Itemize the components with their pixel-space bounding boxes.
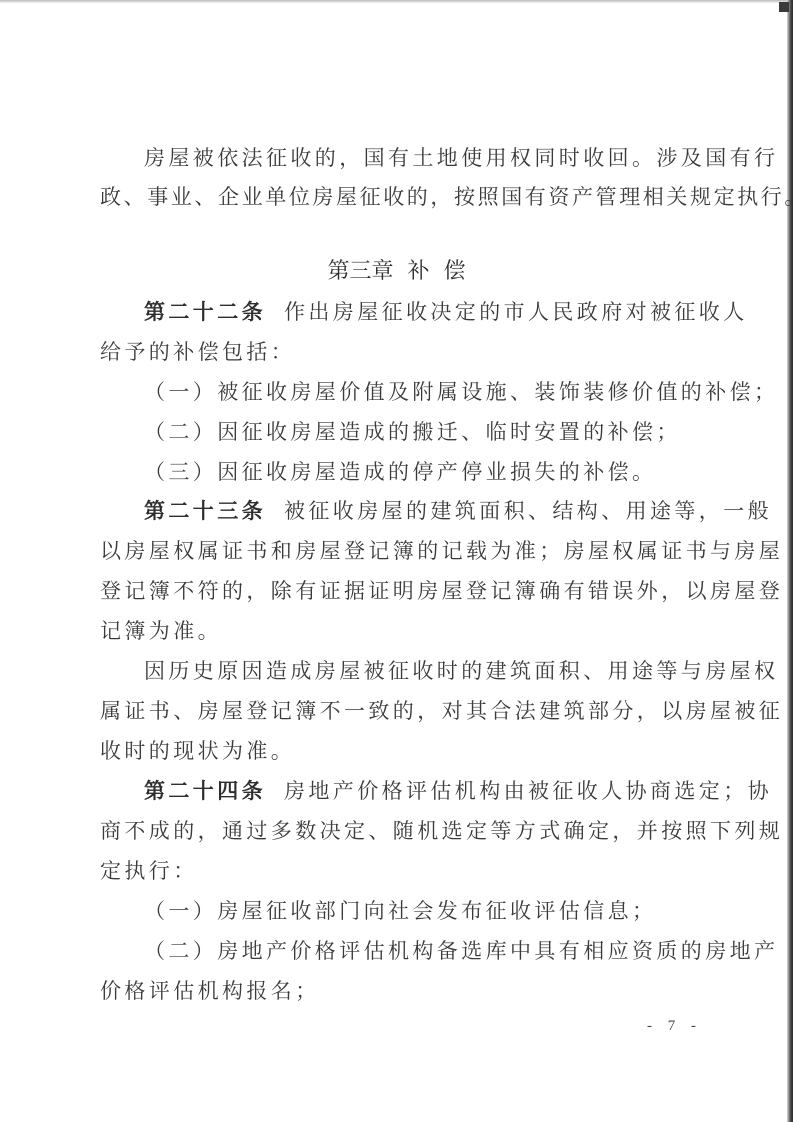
article-22: 第二十二条作出房屋征收决定的市人民政府对被征收人 bbox=[144, 298, 748, 326]
scan-border-top bbox=[0, 0, 793, 3]
article-text: 被征收房屋的建筑面积、结构、用途等，一般 bbox=[284, 499, 772, 523]
list-item: （三）因征收房屋造成的停产停业损失的补偿。 bbox=[144, 458, 656, 486]
paragraph-line: 收时的现状为准。 bbox=[100, 737, 295, 765]
paragraph-line: 商不成的，通过多数决定、随机选定等方式确定，并按照下列规 bbox=[100, 817, 783, 845]
paragraph-line: 属证书、房屋登记簿不一致的，对其合法建筑部分，以房屋被征 bbox=[100, 697, 783, 725]
article-label: 第二十二条 bbox=[144, 299, 266, 324]
paragraph-line: 记簿为准。 bbox=[100, 617, 222, 645]
paragraph-line: 以房屋权属证书和房屋登记簿的记载为准；房屋权属证书与房屋 bbox=[100, 537, 783, 565]
paragraph-line: 房屋被依法征收的，国有土地使用权同时收回。涉及国有行 bbox=[144, 144, 778, 172]
article-label: 第二十四条 bbox=[144, 778, 266, 803]
list-item-continuation: 价格评估机构报名； bbox=[100, 977, 320, 1005]
paragraph-line: 因历史原因造成房屋被征收时的建筑面积、用途等与房屋权 bbox=[144, 657, 778, 685]
list-item: （一）被征收房屋价值及附属设施、装饰装修价值的补偿； bbox=[144, 378, 778, 406]
chapter-title: 第三章 补 偿 bbox=[0, 258, 793, 286]
article-23: 第二十三条被征收房屋的建筑面积、结构、用途等，一般 bbox=[144, 497, 772, 525]
article-24: 第二十四条房地产价格评估机构由被征收人协商选定；协 bbox=[144, 777, 772, 805]
list-item: （二）房地产价格评估机构备选库中具有相应资质的房地产 bbox=[144, 937, 778, 965]
scan-border-right bbox=[787, 0, 793, 1122]
list-item: （一）房屋征收部门向社会发布征收评估信息； bbox=[144, 897, 656, 925]
article-text: 作出房屋征收决定的市人民政府对被征收人 bbox=[284, 300, 748, 324]
article-label: 第二十三条 bbox=[144, 498, 266, 523]
article-text: 房地产价格评估机构由被征收人协商选定；协 bbox=[284, 779, 772, 803]
paragraph-line: 政、事业、企业单位房屋征收的，按照国有资产管理相关规定执行。 bbox=[100, 183, 793, 211]
list-item: （二）因征收房屋造成的搬迁、临时安置的补偿； bbox=[144, 418, 681, 446]
paragraph-line: 定执行： bbox=[100, 857, 198, 885]
scan-corner-mark bbox=[779, 2, 789, 12]
paragraph-line: 给予的补偿包括： bbox=[100, 338, 295, 366]
page-number: - 7 - bbox=[647, 1018, 702, 1035]
paragraph-line: 登记簿不符的，除有证据证明房屋登记簿确有错误外，以房屋登 bbox=[100, 577, 783, 605]
